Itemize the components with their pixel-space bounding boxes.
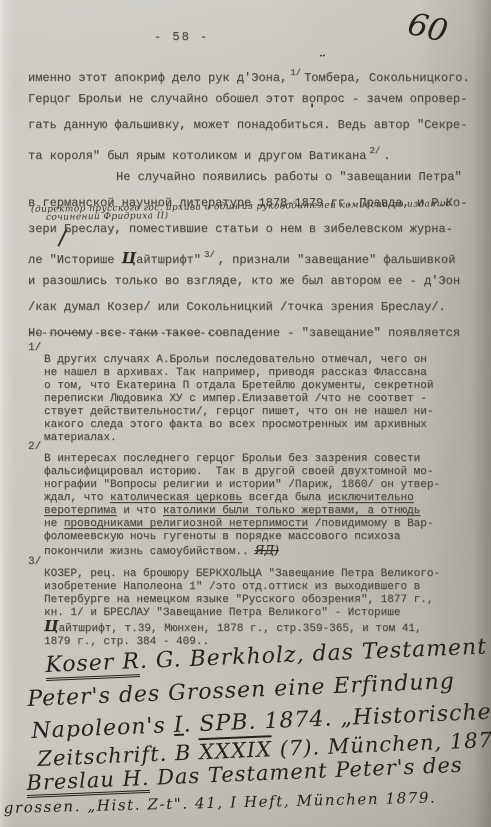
- text-line: ле "Историше Цайтшрифт"3/, признали "зав…: [28, 242, 480, 268]
- text-segment: Бреслау, поместившие статьи о нем в зибе…: [57, 222, 453, 236]
- text-segment: ждал, что: [44, 492, 110, 504]
- underlined-author-name: Breslau H.: [26, 766, 150, 798]
- text-segment: зер: [28, 222, 50, 236]
- footnote-ref-1: 1/: [290, 68, 301, 78]
- hand-underlined-text: веротерпима: [44, 505, 117, 517]
- footnote-ref-2: 2/: [369, 146, 380, 156]
- footnote-line: какого следа этого факта во всех просмот…: [44, 419, 433, 432]
- scanned-page: 60 - 58 - ¨ ' именно этот апокриф дело р…: [0, 0, 491, 827]
- text-line: /как думал Козер/ или Сокольницкий /точк…: [28, 294, 480, 320]
- footnote-line: Петербурге на немецком языке "Русского о…: [44, 594, 440, 607]
- underlined-author-name: Koser R: [45, 649, 141, 681]
- footnote-line: изобретение Наполеона 1" /это отд.оттиск…: [44, 581, 440, 594]
- text-segment: Томбера, Сокольницкого.: [304, 71, 470, 85]
- footnote-line: ствует действительности/, герцог пишет, …: [44, 406, 433, 419]
- text-line: та короля" был ярым котоликом и другом В…: [28, 138, 480, 164]
- handwritten-folio-number: 60: [404, 6, 451, 50]
- footnote-line: ждал, что католическая церковь всегда бы…: [44, 492, 440, 505]
- footnote-line: кн. 1/ и БРЕСЛАУ "Завещание Петра Велико…: [44, 607, 440, 620]
- text-segment: Napoleon's: [31, 713, 174, 744]
- text-segment: именно этот апокриф дело рук д'Эона,: [28, 71, 287, 85]
- footnote-marker: 1/: [28, 342, 433, 354]
- hand-underlined-text: исключительно: [328, 492, 414, 504]
- text-segment: и что: [117, 505, 163, 517]
- footnote-ref-3: 3/: [204, 250, 215, 260]
- text-segment: , признали "завещание" фальшивкой: [218, 253, 456, 267]
- handwritten-letter-correction: Ц: [122, 249, 137, 267]
- footnote-3: 3/ КОЗЕР, рец. на брошюру БЕРКХОЛЬЦА "За…: [28, 556, 440, 649]
- text-segment: айтшрифт, т.39, Мюнхен, 1878 г., стр.359…: [59, 623, 422, 635]
- text-segment: ле "Историше: [28, 253, 122, 267]
- footnote-line: о том, что Екатерина П отдала Бретейлю д…: [44, 380, 433, 393]
- footnote-marker: 2/: [28, 441, 440, 453]
- footnote-line: нографии "Вопросы религии и истории" /Па…: [44, 479, 440, 492]
- footnote-line: не нашел в архивах. Так например, привод…: [44, 367, 433, 380]
- footnote-line: В других случаях А.Брольи последовательн…: [44, 354, 433, 367]
- footnote-line: КОЗЕР, рец. на брошюру БЕРКХОЛЬЦА "Завещ…: [44, 568, 440, 581]
- text-segment: та короля" был ярым котоликом и другом В…: [28, 149, 366, 163]
- typed-page-number: - 58 -: [154, 30, 209, 44]
- footnote-line: Цайтшрифт, т.39, Мюнхен, 1878 г., стр.35…: [44, 620, 440, 636]
- text-segment: всегда была: [242, 492, 328, 504]
- hand-underlined-text: католики были только жертвами, а отнюдь: [163, 505, 420, 517]
- text-segment: .: [383, 149, 390, 163]
- footnote-line: веротерпима и что католики были только ж…: [44, 505, 440, 518]
- text-line: Герцог Брольи не случайно обошел этот во…: [28, 86, 480, 112]
- handwritten-interline-insertion: сочинений Фридриха II): [46, 211, 169, 223]
- handwritten-letter-correction: Ц: [44, 617, 59, 635]
- footnote-1: 1/ В других случаях А.Брольи последовате…: [28, 342, 433, 445]
- footnote-separator: ------------------------------: [28, 328, 226, 340]
- text-line: именно этот апокриф дело рук д'Эона,1/То…: [28, 60, 480, 86]
- footnote-line: фоломеевскую ночь гугеноты в порядке мас…: [44, 531, 440, 544]
- hand-underlined-text: проводниками религиозной нетерпимости: [64, 518, 308, 530]
- footnote-marker: 3/: [28, 556, 440, 568]
- text-line-indented: Не случайно появились работы о "завещани…: [28, 164, 480, 190]
- footnote-2: 2/ В интересах последнего герцог Брольи …: [28, 441, 440, 559]
- hand-underlined-text: католическая церковь: [110, 492, 242, 504]
- footnote-line: В интересах последнего герцог Брольи без…: [44, 453, 440, 466]
- handwritten-deleted-initials: ЯД): [255, 543, 279, 557]
- text-segment: айтшрифт": [136, 253, 201, 267]
- footnote-line: фальсифицировал историю. Так в другой св…: [44, 466, 440, 479]
- text-segment: /повидимому в Вар-: [308, 518, 433, 530]
- footnote-line: не проводниками религиозной нетерпимости…: [44, 518, 440, 531]
- footnote-line: переписки Людовика ХУ с импер.Елизаветой…: [44, 393, 433, 406]
- text-line: и разошлись только во взгляде, кто же бы…: [28, 268, 480, 294]
- text-line: гать данную фальшивку, может понадобитьс…: [28, 112, 480, 138]
- text-segment: не: [44, 518, 64, 530]
